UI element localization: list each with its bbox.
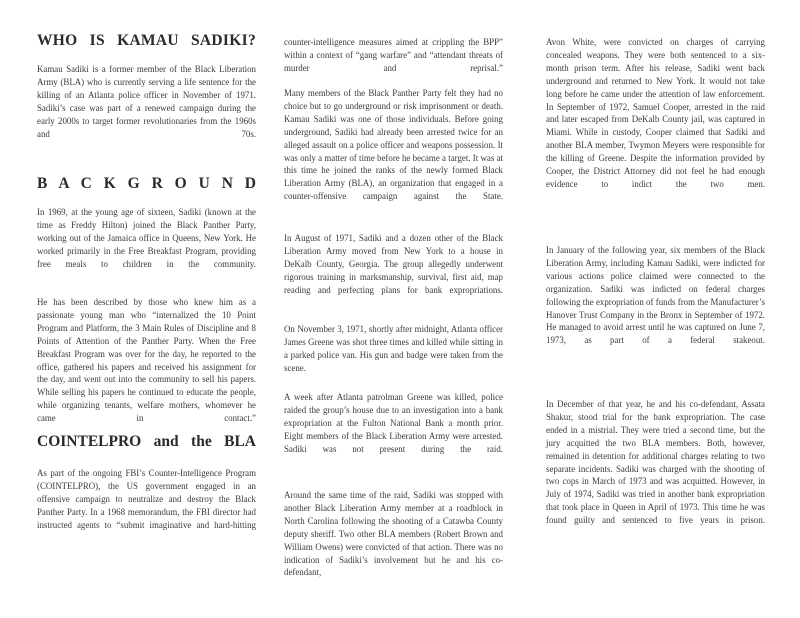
heading-who-is-kamau-sadiki: WHO IS KAMAU SADIKI? — [37, 32, 256, 50]
paragraph-avon-white: Avon White, were convicted on charges of… — [546, 36, 765, 191]
heading-cointelpro: COINTELPRO and the BLA — [37, 433, 256, 451]
background-paragraph-1: In 1969, at the young age of sixteen, Sa… — [37, 206, 256, 271]
heading-background: B A C K G R O U N D — [37, 175, 256, 193]
paragraph-december-trial: In December of that year, he and his co-… — [546, 398, 765, 527]
paragraph-november-3-1971: On November 3, 1971, shortly after midni… — [284, 323, 503, 375]
paragraph-underground: Many members of the Black Panther Party … — [284, 87, 503, 203]
paragraph-dekalb-county: In August of 1971, Sadiki and a dozen ot… — [284, 232, 503, 297]
paragraph-counter-intelligence: counter-intelligence measures aimed at c… — [284, 36, 503, 75]
paragraph-january-indictment: In January of the following year, six me… — [546, 244, 765, 347]
intro-paragraph: Kamau Sadiki is a former member of the B… — [37, 63, 256, 140]
background-paragraph-2: He has been described by those who knew … — [37, 296, 256, 425]
paragraph-roadblock: Around the same time of the raid, Sadiki… — [284, 489, 503, 579]
document-page: WHO IS KAMAU SADIKI? Kamau Sadiki is a f… — [0, 0, 800, 618]
paragraph-house-raid: A week after Atlanta patrolman Greene wa… — [284, 391, 503, 456]
cointelpro-paragraph-1: As part of the ongoing FBI’s Counter-Int… — [37, 467, 256, 532]
